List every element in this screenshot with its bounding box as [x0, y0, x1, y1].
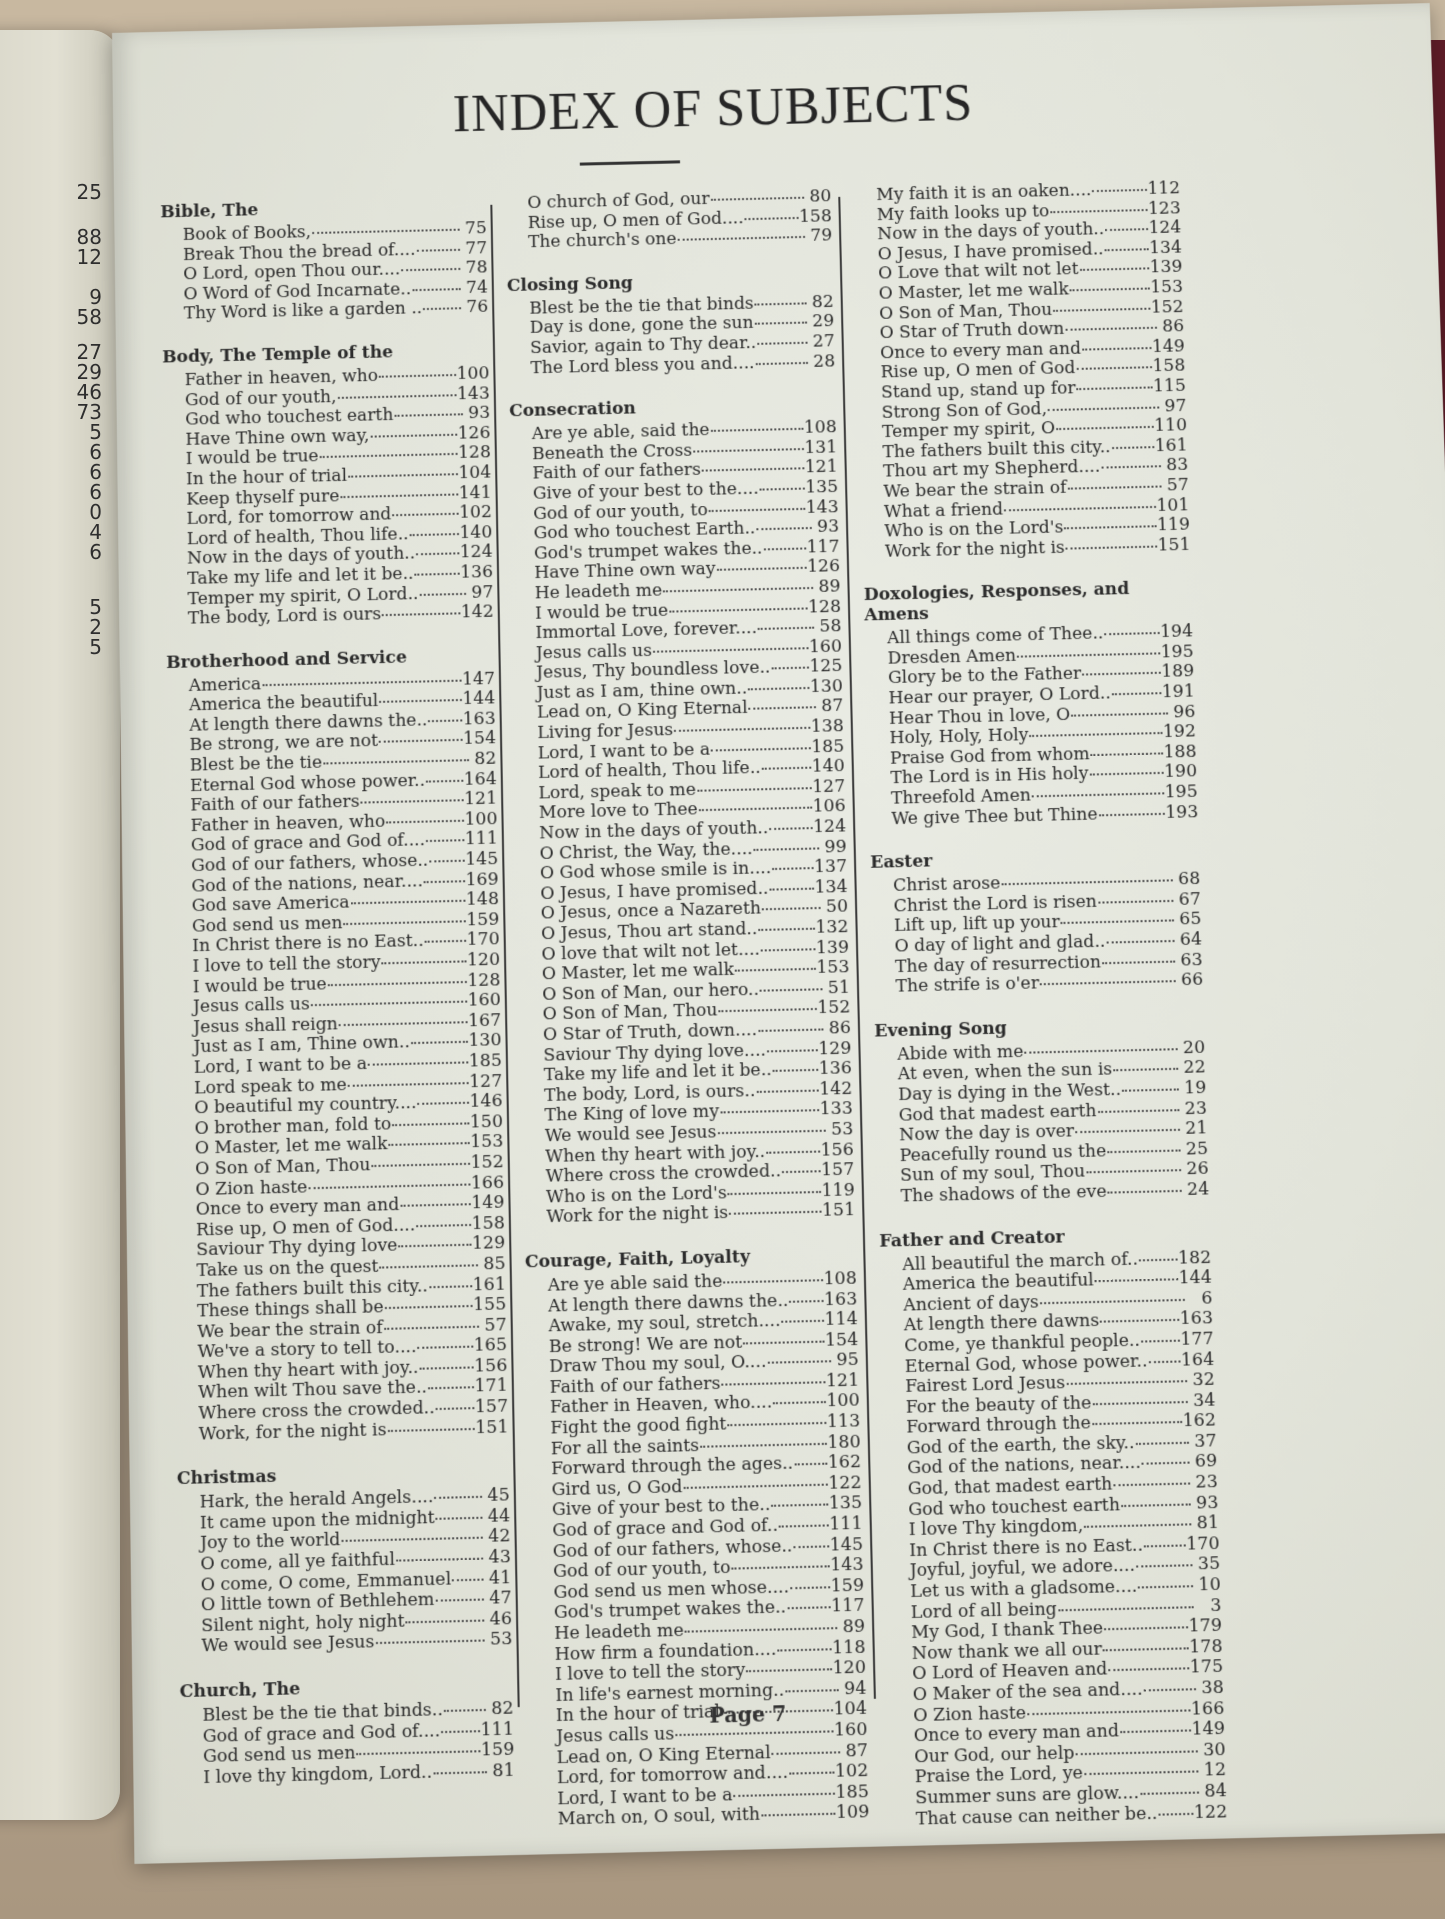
- dot-leader: [749, 707, 816, 711]
- hymn-number: 160: [809, 637, 842, 658]
- dot-leader: [1120, 1730, 1191, 1734]
- dot-leader: [1106, 940, 1174, 944]
- hymn-number: 141: [459, 483, 492, 504]
- hymn-number: 156: [820, 1140, 854, 1161]
- hymn-number: 165: [474, 1336, 507, 1357]
- hymn-number: 108: [804, 418, 837, 439]
- hymn-number: 159: [466, 910, 499, 931]
- dot-leader: [1148, 1360, 1180, 1363]
- dot-leader: [323, 759, 469, 764]
- dot-leader: [429, 860, 464, 863]
- hymn-number: 171: [474, 1377, 508, 1398]
- dot-leader: [700, 1442, 826, 1447]
- hymn-number: 124: [813, 817, 846, 838]
- hymn-number: 134: [814, 877, 847, 898]
- hymn-number: 153: [816, 958, 849, 979]
- dot-leader: [754, 322, 807, 325]
- dot-leader: [1004, 505, 1156, 510]
- dot-leader: [773, 1402, 825, 1405]
- hymn-title: We give Thee but Thine: [891, 805, 1098, 830]
- hymn-number: 195: [1161, 642, 1194, 663]
- left-page-edge: 258812958272946735666046525: [0, 30, 120, 1820]
- dot-leader: [311, 1001, 467, 1007]
- hymn-number: 153: [1150, 278, 1183, 298]
- hymn-number: 57: [480, 1315, 507, 1336]
- dot-leader: [398, 1244, 471, 1248]
- hymn-number: 96: [1169, 702, 1196, 723]
- hymn-title: Work for the night is: [546, 1204, 728, 1229]
- index-section: ChristmasHark, the herald Angels....45It…: [177, 1461, 513, 1658]
- hymn-number: 32: [1188, 1370, 1215, 1391]
- dot-leader: [669, 607, 807, 612]
- hymn-number: 194: [1160, 622, 1193, 643]
- hymn-number: 163: [824, 1289, 858, 1310]
- dot-leader: [743, 1340, 824, 1344]
- hymn-number: 159: [481, 1740, 515, 1761]
- dot-leader: [1144, 1544, 1186, 1547]
- dot-leader: [772, 1751, 840, 1755]
- hymn-number: 47: [485, 1589, 512, 1610]
- dot-leader: [756, 1089, 818, 1092]
- hymn-number: 57: [1162, 476, 1189, 496]
- hymn-number: 139: [1150, 258, 1183, 278]
- dot-leader: [761, 1813, 835, 1817]
- hymn-number: 23: [1191, 1472, 1218, 1493]
- dot-leader: [312, 229, 460, 234]
- dot-leader: [419, 592, 466, 595]
- dot-leader: [418, 1346, 473, 1349]
- hymn-title: The strife is o'er: [895, 974, 1039, 997]
- hymn-number: 106: [813, 797, 846, 818]
- dot-leader: [1095, 1278, 1178, 1282]
- hymn-number: 179: [1188, 1616, 1222, 1637]
- dot-leader: [769, 827, 812, 830]
- dot-leader: [785, 1689, 839, 1692]
- dot-leader: [428, 719, 461, 722]
- hymn-number: 193: [1165, 802, 1198, 823]
- hymn-number: 129: [472, 1234, 505, 1255]
- dot-leader: [758, 1028, 823, 1032]
- hymn-number: 134: [1149, 238, 1182, 258]
- dot-leader: [435, 1599, 484, 1602]
- hymn-number: 127: [469, 1072, 502, 1093]
- dot-leader: [790, 1586, 830, 1589]
- hymn-number: 140: [812, 757, 845, 778]
- hymn-number: 188: [1163, 742, 1196, 763]
- dot-leader: [1139, 1258, 1177, 1261]
- hymn-number: 185: [835, 1782, 869, 1803]
- hymn-number: 122: [1194, 1802, 1228, 1823]
- hymn-number: 158: [799, 207, 832, 227]
- hymn-number: 145: [830, 1535, 864, 1556]
- index-section: O church of God, our80Rise up, O men of …: [505, 187, 832, 254]
- dot-leader: [1017, 652, 1160, 657]
- index-page: INDEX OF SUBJECTS Bible, TheBook of Book…: [112, 3, 1445, 1864]
- dot-leader: [789, 1299, 823, 1302]
- hymn-number: 156: [474, 1356, 508, 1377]
- dot-leader: [723, 1279, 822, 1283]
- dot-leader: [356, 1750, 480, 1755]
- dot-leader: [720, 1109, 819, 1113]
- dot-leader: [754, 847, 820, 851]
- dot-leader: [410, 533, 459, 536]
- hymn-number: 20: [1178, 1038, 1205, 1059]
- hymn-number: 102: [459, 503, 492, 524]
- hymn-number: 3: [1194, 1596, 1221, 1617]
- hymn-number: 100: [464, 810, 497, 831]
- hymn-number: 117: [807, 537, 840, 558]
- hymn-number: 137: [814, 857, 847, 878]
- hymn-number: 124: [1148, 218, 1181, 238]
- dot-leader: [339, 1021, 467, 1026]
- hymn-number: 79: [806, 226, 833, 246]
- hymn-number: 12: [1199, 1761, 1226, 1782]
- hymn-number: 87: [841, 1741, 868, 1762]
- hymn-number: 164: [1181, 1350, 1215, 1371]
- hymn-number: 152: [470, 1153, 503, 1174]
- hymn-number: 34: [1189, 1391, 1216, 1412]
- hymn-number: 149: [1191, 1719, 1225, 1740]
- hymn-number: 195: [1165, 782, 1198, 803]
- hymn-number: 131: [804, 438, 837, 459]
- hymn-number: 102: [835, 1761, 869, 1782]
- hymn-number: 23: [1180, 1099, 1207, 1120]
- dot-leader: [748, 687, 809, 690]
- hymn-number: 93: [464, 404, 491, 424]
- dot-leader: [416, 553, 459, 556]
- dot-leader: [697, 787, 811, 792]
- left-page-number: 5: [89, 635, 102, 659]
- dot-leader: [1158, 1812, 1193, 1815]
- hymn-number: 117: [831, 1596, 865, 1617]
- title-rule-divider: [580, 160, 680, 165]
- dot-leader: [1142, 1462, 1190, 1465]
- hymn-number: 114: [824, 1310, 858, 1331]
- hymn-number: 108: [823, 1269, 857, 1290]
- dot-leader: [782, 1320, 824, 1323]
- hymn-number: 37: [1190, 1432, 1217, 1453]
- hymn-number: 190: [1164, 762, 1197, 783]
- dot-leader: [1050, 209, 1147, 213]
- hymn-number: 124: [460, 543, 493, 564]
- hymn-number: 151: [822, 1201, 856, 1222]
- hymn-number: 50: [821, 897, 848, 918]
- hymn-number: 86: [824, 1018, 851, 1039]
- hymn-number: 99: [820, 837, 847, 858]
- hymn-number: 120: [832, 1658, 866, 1679]
- dot-leader: [762, 767, 811, 770]
- dot-leader: [1138, 1585, 1193, 1588]
- hymn-number: 143: [457, 384, 490, 405]
- hymn-number: 30: [1199, 1740, 1226, 1761]
- hymn-number: 22: [1179, 1058, 1206, 1079]
- hymn-number: 127: [812, 777, 845, 798]
- dot-leader: [779, 1524, 828, 1527]
- dot-leader: [368, 1061, 468, 1065]
- hymn-number: 162: [1183, 1411, 1217, 1432]
- dot-leader: [425, 940, 466, 943]
- dot-leader: [761, 948, 815, 951]
- dot-leader: [773, 1069, 818, 1072]
- dot-leader: [685, 1627, 838, 1633]
- dot-leader: [793, 1545, 828, 1548]
- page-title: INDEX OF SUBJECTS: [113, 66, 1314, 152]
- dot-leader: [1029, 732, 1162, 737]
- dot-leader: [1140, 1791, 1199, 1794]
- hymn-number: 76: [462, 298, 488, 318]
- dot-leader: [1086, 1169, 1181, 1173]
- hymn-number: 63: [1176, 950, 1203, 971]
- hymn-number: 118: [832, 1638, 866, 1659]
- dot-leader: [758, 627, 814, 630]
- hymn-number: 28: [809, 352, 836, 372]
- hymn-number: 162: [828, 1453, 862, 1474]
- hymn-number: 185: [469, 1051, 502, 1072]
- dot-leader: [711, 747, 810, 751]
- dot-leader: [1098, 900, 1174, 904]
- dot-leader: [1066, 545, 1157, 549]
- dot-leader: [1040, 980, 1176, 985]
- hymn-number: 140: [459, 523, 492, 544]
- hymn-number: 139: [816, 938, 849, 959]
- hymn-number: 53: [827, 1120, 854, 1141]
- hymn-number: 51: [823, 978, 850, 999]
- hymn-title: O Son of Man, Thou: [195, 1156, 371, 1180]
- dot-leader: [702, 468, 804, 472]
- dot-leader: [1071, 712, 1168, 716]
- dot-leader: [1082, 347, 1151, 351]
- dot-leader: [711, 428, 803, 432]
- dot-leader: [429, 1285, 472, 1288]
- hymn-number: 121: [805, 458, 838, 479]
- hymn-number: 43: [484, 1548, 511, 1569]
- hymn-number: 65: [1175, 910, 1202, 931]
- dot-leader: [699, 807, 812, 812]
- hymn-number: 24: [1182, 1180, 1209, 1201]
- section-heading: Evening Song: [874, 1013, 1205, 1041]
- dot-leader: [1025, 1048, 1178, 1054]
- dot-leader: [1079, 268, 1148, 272]
- hymn-number: 86: [1158, 317, 1185, 337]
- dot-leader: [787, 1607, 830, 1610]
- dot-leader: [372, 1163, 470, 1167]
- hymn-number: 104: [458, 463, 491, 484]
- dot-leader: [693, 448, 803, 453]
- index-column-1: Bible, TheBook of Books,75Break Thou the…: [160, 195, 515, 1813]
- dot-leader: [766, 1150, 820, 1153]
- dot-leader: [771, 667, 808, 670]
- dot-leader: [262, 679, 461, 686]
- hymn-title: The shadows of the eve: [900, 1182, 1106, 1207]
- dot-leader: [789, 1772, 834, 1775]
- hymn-number: 29: [808, 312, 835, 332]
- dot-leader: [1112, 446, 1154, 449]
- hymn-number: 113: [827, 1412, 861, 1433]
- hymn-title: Thy Word is like a garden ..: [184, 299, 423, 324]
- dot-leader: [392, 1122, 469, 1126]
- hymn-number: 143: [806, 497, 839, 518]
- dot-leader: [728, 1191, 821, 1195]
- dot-leader: [721, 1381, 825, 1385]
- dot-leader: [794, 1463, 827, 1466]
- hymn-number: 75: [460, 219, 486, 239]
- hymn-number: 130: [468, 1031, 501, 1052]
- hymn-number: 53: [485, 1630, 512, 1651]
- dot-leader: [1084, 1524, 1191, 1529]
- dot-leader: [424, 880, 465, 883]
- hymn-number: 170: [467, 930, 500, 951]
- hymn-number: 144: [462, 689, 495, 710]
- dot-leader: [769, 887, 813, 890]
- section-heading: Brotherhood and Service: [166, 645, 495, 673]
- hymn-number: 182: [1178, 1248, 1212, 1269]
- hymn-number: 123: [1148, 199, 1181, 219]
- hymn-number: 45: [483, 1486, 510, 1507]
- hymn-number: 128: [467, 971, 500, 992]
- hymn-number: 148: [466, 890, 499, 911]
- hymn-number: 153: [470, 1132, 503, 1153]
- dot-leader: [1070, 287, 1150, 291]
- dot-leader: [732, 1565, 830, 1569]
- section-heading: Doxologies, Responses, and Amens: [864, 578, 1193, 626]
- hymn-number: 95: [832, 1350, 859, 1371]
- dot-leader: [406, 1619, 485, 1623]
- hymn-number: 78: [461, 258, 487, 278]
- dot-leader: [1058, 1606, 1194, 1611]
- dot-leader: [677, 236, 805, 241]
- dot-leader: [389, 1142, 470, 1146]
- hymn-number: 115: [1153, 376, 1186, 397]
- dot-leader: [1048, 406, 1159, 411]
- hymn-number: 146: [469, 1092, 502, 1113]
- hymn-number: 77: [461, 239, 487, 259]
- left-page-number: 6: [89, 540, 102, 564]
- dot-leader: [1098, 1109, 1180, 1113]
- index-section: Doxologies, Responses, and AmensAll thin…: [864, 578, 1199, 831]
- hymn-number: 42: [484, 1527, 511, 1548]
- dot-leader: [1092, 1401, 1188, 1405]
- dot-leader: [1091, 752, 1163, 756]
- hymn-number: 158: [1152, 357, 1185, 378]
- hymn-title: We would see Jesus: [201, 1633, 374, 1658]
- hymn-number: 133: [820, 1099, 853, 1120]
- dot-leader: [717, 1130, 825, 1135]
- hymn-number: 74: [462, 278, 488, 298]
- dot-leader: [343, 920, 465, 925]
- dot-leader: [760, 487, 805, 490]
- hymn-number: 110: [1154, 416, 1187, 437]
- dot-leader: [771, 1504, 828, 1507]
- dot-leader: [320, 453, 458, 458]
- hymn-number: 101: [1156, 496, 1189, 517]
- index-section: EasterChrist arose68Christ the Lord is r…: [870, 845, 1203, 998]
- dot-leader: [433, 1771, 487, 1774]
- dot-leader: [396, 1558, 483, 1562]
- dot-leader: [384, 1325, 479, 1329]
- index-section: Body, The Temple of theFather in heaven,…: [162, 340, 494, 630]
- hymn-number: 149: [1152, 337, 1185, 358]
- index-section: Closing SongBlest be the tie that binds8…: [507, 268, 836, 379]
- section-heading: Easter: [870, 845, 1200, 873]
- dot-leader: [1064, 525, 1156, 529]
- dot-leader: [745, 217, 799, 220]
- hymn-number: 87: [817, 697, 844, 718]
- dot-leader: [710, 197, 804, 201]
- hymn-number: 166: [471, 1173, 504, 1194]
- dot-leader: [379, 739, 462, 743]
- hymn-title: That cause can neither be..: [916, 1804, 1158, 1830]
- hymn-number: 152: [1151, 297, 1184, 317]
- hymn-number: 157: [475, 1397, 509, 1418]
- dot-leader: [416, 1224, 470, 1227]
- hymn-number: 44: [483, 1506, 510, 1527]
- hymn-number: 119: [1157, 515, 1190, 536]
- dot-leader: [1104, 1626, 1188, 1630]
- index-section: Courage, Faith, LoyaltyAre ye able said …: [525, 1244, 870, 1831]
- section-heading: Church, The: [179, 1674, 513, 1703]
- dot-leader: [709, 507, 805, 511]
- hymn-number: 151: [1157, 535, 1190, 556]
- index-column-3: My faith it is an oaken....112My faith l…: [854, 179, 1228, 1854]
- dot-leader: [1104, 632, 1159, 635]
- hymn-number: 157: [821, 1160, 855, 1181]
- dot-leader: [1040, 1299, 1185, 1304]
- index-section: Bible, TheBook of Books,75Break Thou the…: [160, 195, 488, 325]
- hymn-title: The Lord bless you and....: [530, 354, 754, 379]
- hymn-number: 67: [1174, 890, 1201, 911]
- dot-leader: [436, 1407, 474, 1410]
- hymn-title: I love thy kingdom, Lord..: [203, 1763, 432, 1789]
- dot-leader: [733, 1792, 834, 1796]
- hymn-number: 93: [1191, 1493, 1218, 1514]
- section-heading: Bible, The: [160, 195, 486, 223]
- dot-leader: [755, 302, 807, 305]
- dot-leader: [1113, 1068, 1178, 1072]
- hymn-number: 120: [467, 950, 500, 971]
- left-page-number: 58: [77, 305, 102, 329]
- dot-leader: [777, 1648, 831, 1651]
- dot-leader: [1121, 1503, 1191, 1507]
- dot-leader: [1103, 1647, 1188, 1651]
- hymn-number: 161: [473, 1275, 506, 1296]
- dot-leader: [755, 361, 808, 364]
- hymn-number: 6: [1186, 1289, 1213, 1310]
- dot-leader: [411, 1041, 468, 1044]
- hymn-number: 121: [826, 1371, 860, 1392]
- hymn-number: 111: [465, 830, 498, 851]
- dot-leader: [385, 1305, 473, 1309]
- hymn-number: 122: [828, 1473, 862, 1494]
- hymn-number: 58: [815, 617, 842, 638]
- dot-leader: [338, 394, 457, 399]
- hymn-title: Work for the night is: [885, 538, 1065, 562]
- hymn-number: 145: [465, 850, 498, 871]
- hymn-number: 66: [1176, 970, 1203, 991]
- dot-leader: [758, 928, 814, 931]
- hymn-number: 132: [815, 918, 848, 939]
- hymn-number: 130: [810, 677, 843, 698]
- hymn-number: 35: [1193, 1555, 1220, 1576]
- dot-leader: [1056, 426, 1153, 430]
- hymn-number: 160: [468, 991, 501, 1012]
- dot-leader: [653, 647, 808, 653]
- hymn-number: 142: [819, 1079, 852, 1100]
- hymn-number: 81: [488, 1761, 515, 1782]
- hymn-number: 82: [807, 292, 834, 312]
- dot-leader: [1104, 248, 1148, 251]
- hymn-number: 83: [1162, 456, 1189, 476]
- dot-leader: [379, 374, 456, 378]
